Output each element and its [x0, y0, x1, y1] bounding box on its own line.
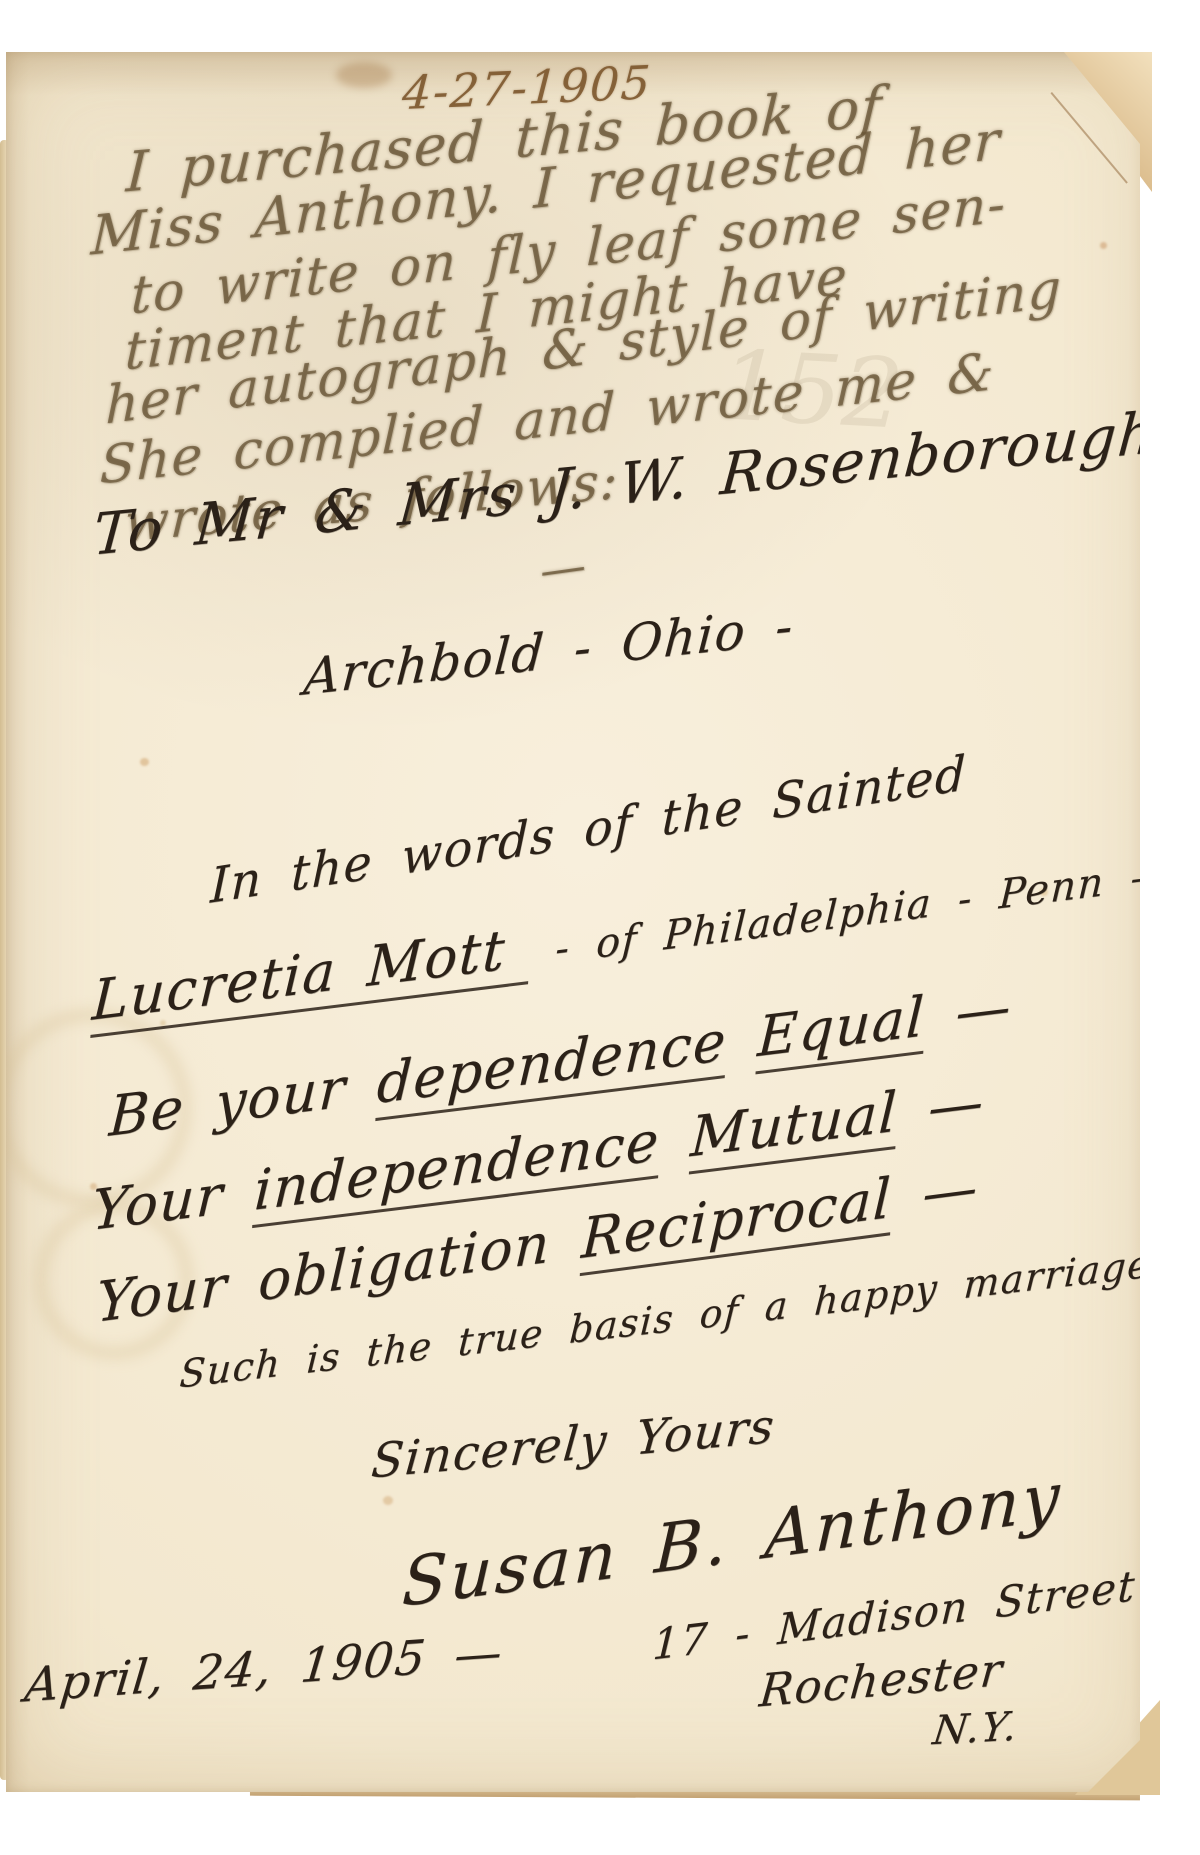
stain	[140, 758, 149, 766]
quote-text: —	[891, 1154, 981, 1230]
mott-name: Lucretia Mott	[90, 914, 531, 1038]
quote-text: —	[896, 1068, 986, 1144]
quote-text	[725, 1004, 759, 1073]
recipient-address-line: Archbold - Ohio -	[302, 597, 796, 707]
underlined-word: Mutual	[689, 1079, 900, 1174]
pencil-note-divider: —	[536, 537, 591, 597]
mott-place: - of Philadelphia - Penn —	[528, 851, 1173, 977]
quote-text: —	[923, 973, 1013, 1049]
stain	[336, 62, 392, 88]
signature-state-line: N.Y.	[930, 1704, 1021, 1755]
inscription-date-line: April, 24, 1905 —	[22, 1625, 506, 1714]
valediction-line: Sincerely Yours	[369, 1399, 777, 1490]
quote-text	[658, 1105, 692, 1174]
stain	[1100, 242, 1107, 249]
stain	[383, 1496, 393, 1505]
book-page: 152 4-27-1905 I purchased this book of M…	[6, 52, 1158, 1792]
quote-text: Your	[91, 1158, 257, 1243]
quote-text: Be your	[108, 1051, 379, 1149]
underlined-word: Equal	[756, 984, 927, 1075]
underlined-word: dependence	[375, 1008, 729, 1121]
